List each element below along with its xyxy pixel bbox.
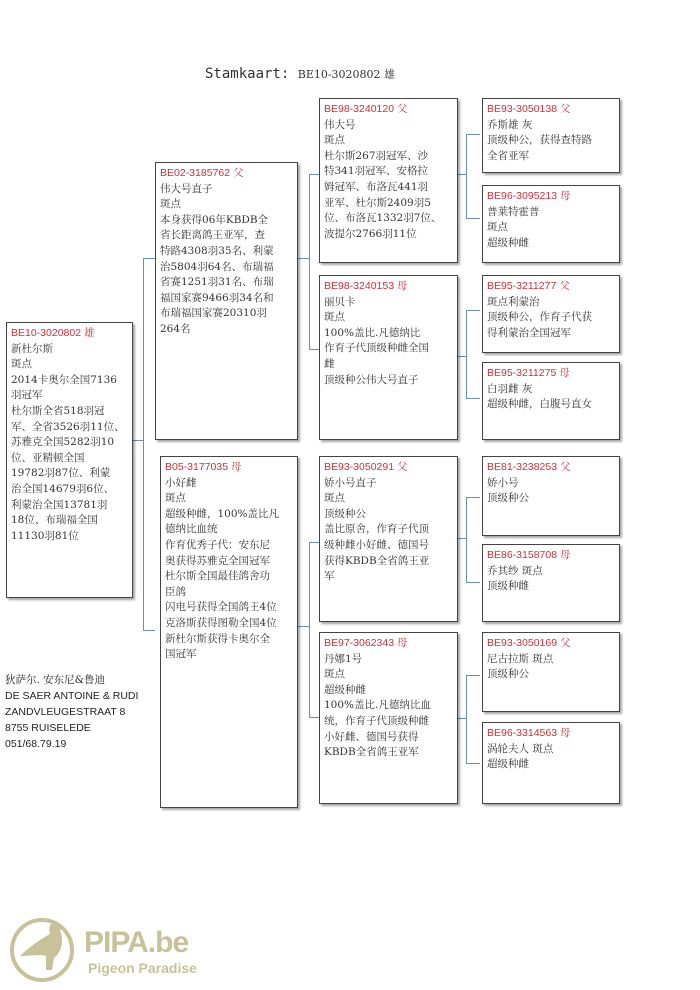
text-line: 军: [324, 569, 453, 585]
text-line: 苏雅克全国5282羽10: [11, 435, 128, 451]
text-line: 盖比原舍，作育子代顶: [324, 522, 453, 538]
connector: [466, 763, 480, 764]
text-line: 超级种雌: [487, 236, 615, 252]
pigeon-logo-icon: [6, 912, 82, 984]
text-line: 顶级种公: [487, 667, 615, 683]
owner-city: 8755 RUISELEDE: [5, 720, 138, 736]
ring-number: BE96-3095213 母: [487, 189, 615, 205]
text-line: 小好雌: [165, 476, 293, 492]
connector: [466, 218, 480, 219]
text-line: 18位、布瑞福全国: [11, 513, 128, 529]
logo-title: PIPA.be: [84, 926, 188, 960]
text-line: 德纳比血统: [165, 522, 293, 538]
connector: [458, 174, 466, 175]
text-line: 位、亚精顿全国: [11, 451, 128, 467]
pedigree-box-ffm: BE96-3095213 母 普莱特霍普 斑点 超级种雌: [482, 185, 620, 263]
text-line: 超级种雌: [324, 683, 453, 699]
page-title: Stamkaart: BE10-3020802 雄: [205, 66, 395, 82]
text-line: 臣鸽: [165, 585, 293, 601]
connector: [133, 440, 143, 441]
text-line: 伟大号直子: [160, 182, 293, 198]
text-line: 特341羽冠军、安格拉: [324, 164, 453, 180]
text-line: 亚军、杜尔斯2409羽5: [324, 196, 453, 212]
connector: [466, 497, 480, 498]
text-line: 杜尔斯全国最佳鸽舍功: [165, 569, 293, 585]
text-line: 娇小号: [487, 476, 615, 492]
text-line: 白羽雌 灰: [487, 382, 615, 398]
owner-name-cn: 狄萨尔. 安东尼&鲁迪: [5, 672, 138, 688]
connector: [466, 134, 467, 218]
text-line: 100%盖比.凡德纳比: [324, 326, 453, 342]
text-line: 伟大号: [324, 118, 453, 134]
pedigree-box-fmf: BE95-3211277 父 斑点利蒙治 顶级种公，作育子代获 得利蒙治全国冠军: [482, 275, 620, 353]
text-line: 国冠军: [165, 647, 293, 663]
text-line: 统，作育子代顶级种雌: [324, 714, 453, 730]
text-line: 克洛斯获得图勒全国4位: [165, 616, 293, 632]
text-line: 获得KBDB全省鸽王亚: [324, 554, 453, 570]
text-line: 省长距离鸽王亚军，查: [160, 228, 293, 244]
connector: [309, 717, 319, 718]
text-line: 羽冠军: [11, 388, 128, 404]
ring-number: BE93-3050138 父: [487, 102, 615, 118]
ring-number: BE02-3185762 父: [160, 166, 293, 182]
ring-number: BE97-3062343 母: [324, 636, 453, 652]
text-line: 超级种雌: [487, 757, 615, 773]
pedigree-box-mf: BE93-3050291 父 娇小号直子 斑点 顶级种公 盖比原舍，作育子代顶 …: [319, 456, 458, 622]
ring-number: BE86-3158708 母: [487, 548, 615, 564]
connector: [309, 349, 319, 350]
connector: [309, 174, 319, 175]
text-line: KBDB全省鸽王亚军: [324, 745, 453, 761]
text-line: 尼古拉斯 斑点: [487, 652, 615, 668]
text-line: 位、布洛瓦1332羽7位、: [324, 211, 453, 227]
pedigree-box-subject: BE10-3020802 雄 新杜尔斯 斑点 2014卡奥尔全国7136 羽冠军…: [6, 322, 133, 598]
text-line: 级种雌小好雌、德国号: [324, 538, 453, 554]
pedigree-box-fff: BE93-3050138 父 乔斯雄 灰 顶级种公，获得查特路 全省亚军: [482, 98, 620, 173]
pedigree-box-mfm: BE86-3158708 母 乔其纱 斑点 顶级种雌: [482, 544, 620, 622]
text-line: 斑点: [165, 491, 293, 507]
ring-number: BE98-3240120 父: [324, 102, 453, 118]
text-line: 264名: [160, 322, 293, 338]
owner-phone: 051/68.79.19: [5, 736, 138, 752]
text-line: 2014卡奥尔全国7136: [11, 373, 128, 389]
connector: [298, 258, 309, 259]
ring-number: BE93-3050291 父: [324, 460, 453, 476]
text-line: 涡轮夫人 斑点: [487, 742, 615, 758]
connector: [143, 630, 155, 631]
pedigree-box-fm: BE98-3240153 母 丽贝卡 斑点 100%盖比.凡德纳比 作育子代顶级…: [319, 275, 458, 440]
connector: [466, 310, 480, 311]
title-ring: BE10-3020802 雄: [298, 68, 395, 81]
text-line: 治全国14679羽6位、: [11, 482, 128, 498]
pipa-logo: PIPA.be Pigeon Paradise: [6, 912, 206, 984]
connector: [466, 675, 467, 763]
text-line: 特路4308羽35名、利蒙: [160, 244, 293, 260]
text-line: 丹娜1号: [324, 652, 453, 668]
text-line: 普莱特霍普: [487, 205, 615, 221]
text-line: 100%盖比.凡德纳比血: [324, 698, 453, 714]
text-line: 本身获得06年KBDB全: [160, 213, 293, 229]
connector: [309, 542, 319, 543]
text-line: 作育子代顶级种雌全国: [324, 341, 453, 357]
ring-number: B05-3177035 母: [165, 460, 293, 476]
text-line: 新杜尔斯获得卡奥尔全: [165, 632, 293, 648]
pedigree-box-mother: B05-3177035 母 小好雌 斑点 超级种雌，100%盖比凡 德纳比血统 …: [160, 456, 298, 808]
text-line: 11130羽81位: [11, 529, 128, 545]
text-line: 杜尔斯全省518羽冠: [11, 404, 128, 420]
text-line: 顶级种公伟大号直子: [324, 373, 453, 389]
text-line: 姆冠军、布洛瓦441羽: [324, 180, 453, 196]
text-line: 新杜尔斯: [11, 342, 128, 358]
text-line: 娇小号直子: [324, 476, 453, 492]
text-line: 斑点: [324, 491, 453, 507]
connector: [466, 497, 467, 582]
pedigree-box-fmm: BE95-3211275 母 白羽雌 灰 超级种雌，白腹号直女: [482, 362, 620, 440]
text-line: 布瑞福国家赛20310羽: [160, 306, 293, 322]
text-line: 斑点利蒙治: [487, 295, 615, 311]
connector: [466, 398, 480, 399]
text-line: 超级种雌，100%盖比凡: [165, 507, 293, 523]
text-line: 利蒙治全国13781羽: [11, 498, 128, 514]
owner-info: 狄萨尔. 安东尼&鲁迪 DE SAER ANTOINE & RUDI ZANDV…: [5, 672, 138, 752]
text-line: 波提尔2766羽11位: [324, 227, 453, 243]
pedigree-box-mm: BE97-3062343 母 丹娜1号 斑点 超级种雌 100%盖比.凡德纳比血…: [319, 632, 458, 804]
text-line: 小好雌、德国号获得: [324, 730, 453, 746]
text-line: 省赛1251羽31名、布瑞: [160, 275, 293, 291]
text-line: 乔其纱 斑点: [487, 564, 615, 580]
text-line: 顶级种公: [324, 507, 453, 523]
text-line: 超级种雌，白腹号直女: [487, 397, 615, 413]
pedigree-box-mff: BE81-3238253 父 娇小号 顶级种公: [482, 456, 620, 536]
text-line: 乔斯雄 灰: [487, 118, 615, 134]
text-line: 雌: [324, 357, 453, 373]
text-line: 斑点: [160, 197, 293, 213]
connector: [458, 538, 466, 539]
text-line: 福国家赛9466羽34名和: [160, 291, 293, 307]
text-line: 得利蒙治全国冠军: [487, 326, 615, 342]
text-line: 顶级种公，获得查特路: [487, 133, 615, 149]
text-line: 19782羽87位、利蒙: [11, 466, 128, 482]
ring-number: BE10-3020802 雄: [11, 326, 128, 342]
connector: [466, 675, 480, 676]
ring-number: BE98-3240153 母: [324, 279, 453, 295]
connector: [298, 626, 309, 627]
pedigree-box-mmf: BE93-3050169 父 尼古拉斯 斑点 顶级种公: [482, 632, 620, 712]
text-line: 斑点: [324, 133, 453, 149]
text-line: 斑点: [324, 310, 453, 326]
ring-number: BE93-3050169 父: [487, 636, 615, 652]
pedigree-box-ff: BE98-3240120 父 伟大号 斑点 杜尔斯267羽冠军、沙 特341羽冠…: [319, 98, 458, 263]
connector: [466, 310, 467, 398]
text-line: 斑点: [487, 220, 615, 236]
ring-number: BE95-3211277 父: [487, 279, 615, 295]
connector: [309, 174, 310, 349]
text-line: 军、全省3526羽11位、: [11, 420, 128, 436]
connector: [458, 718, 466, 719]
text-line: 顶级种公: [487, 491, 615, 507]
text-line: 全省亚军: [487, 149, 615, 165]
owner-street: ZANDVLEUGESTRAAT 8: [5, 704, 138, 720]
connector: [466, 134, 480, 135]
text-line: 斑点: [324, 667, 453, 683]
text-line: 顶级种公，作育子代获: [487, 310, 615, 326]
connector: [458, 356, 466, 357]
logo-subtitle: Pigeon Paradise: [88, 960, 197, 976]
connector: [466, 582, 480, 583]
text-line: 丽贝卡: [324, 295, 453, 311]
ring-number: BE81-3238253 父: [487, 460, 615, 476]
pedigree-box-father: BE02-3185762 父 伟大号直子 斑点 本身获得06年KBDB全 省长距…: [155, 162, 298, 440]
connector: [143, 258, 144, 630]
pedigree-box-mmm: BE96-3314563 母 涡轮夫人 斑点 超级种雌: [482, 722, 620, 804]
owner-name: DE SAER ANTOINE & RUDI: [5, 688, 138, 704]
text-line: 奥获得苏雅克全国冠军: [165, 554, 293, 570]
connector: [309, 542, 310, 717]
text-line: 顶级种雌: [487, 579, 615, 595]
text-line: 斑点: [11, 357, 128, 373]
text-line: 闪电号获得全国鸽王4位: [165, 600, 293, 616]
connector: [143, 258, 155, 259]
ring-number: BE96-3314563 母: [487, 726, 615, 742]
text-line: 作育优秀子代：安东尼: [165, 538, 293, 554]
text-line: 杜尔斯267羽冠军、沙: [324, 149, 453, 165]
text-line: 治5804羽64名、布瑞福: [160, 260, 293, 276]
ring-number: BE95-3211275 母: [487, 366, 615, 382]
title-label: Stamkaart:: [205, 66, 289, 82]
